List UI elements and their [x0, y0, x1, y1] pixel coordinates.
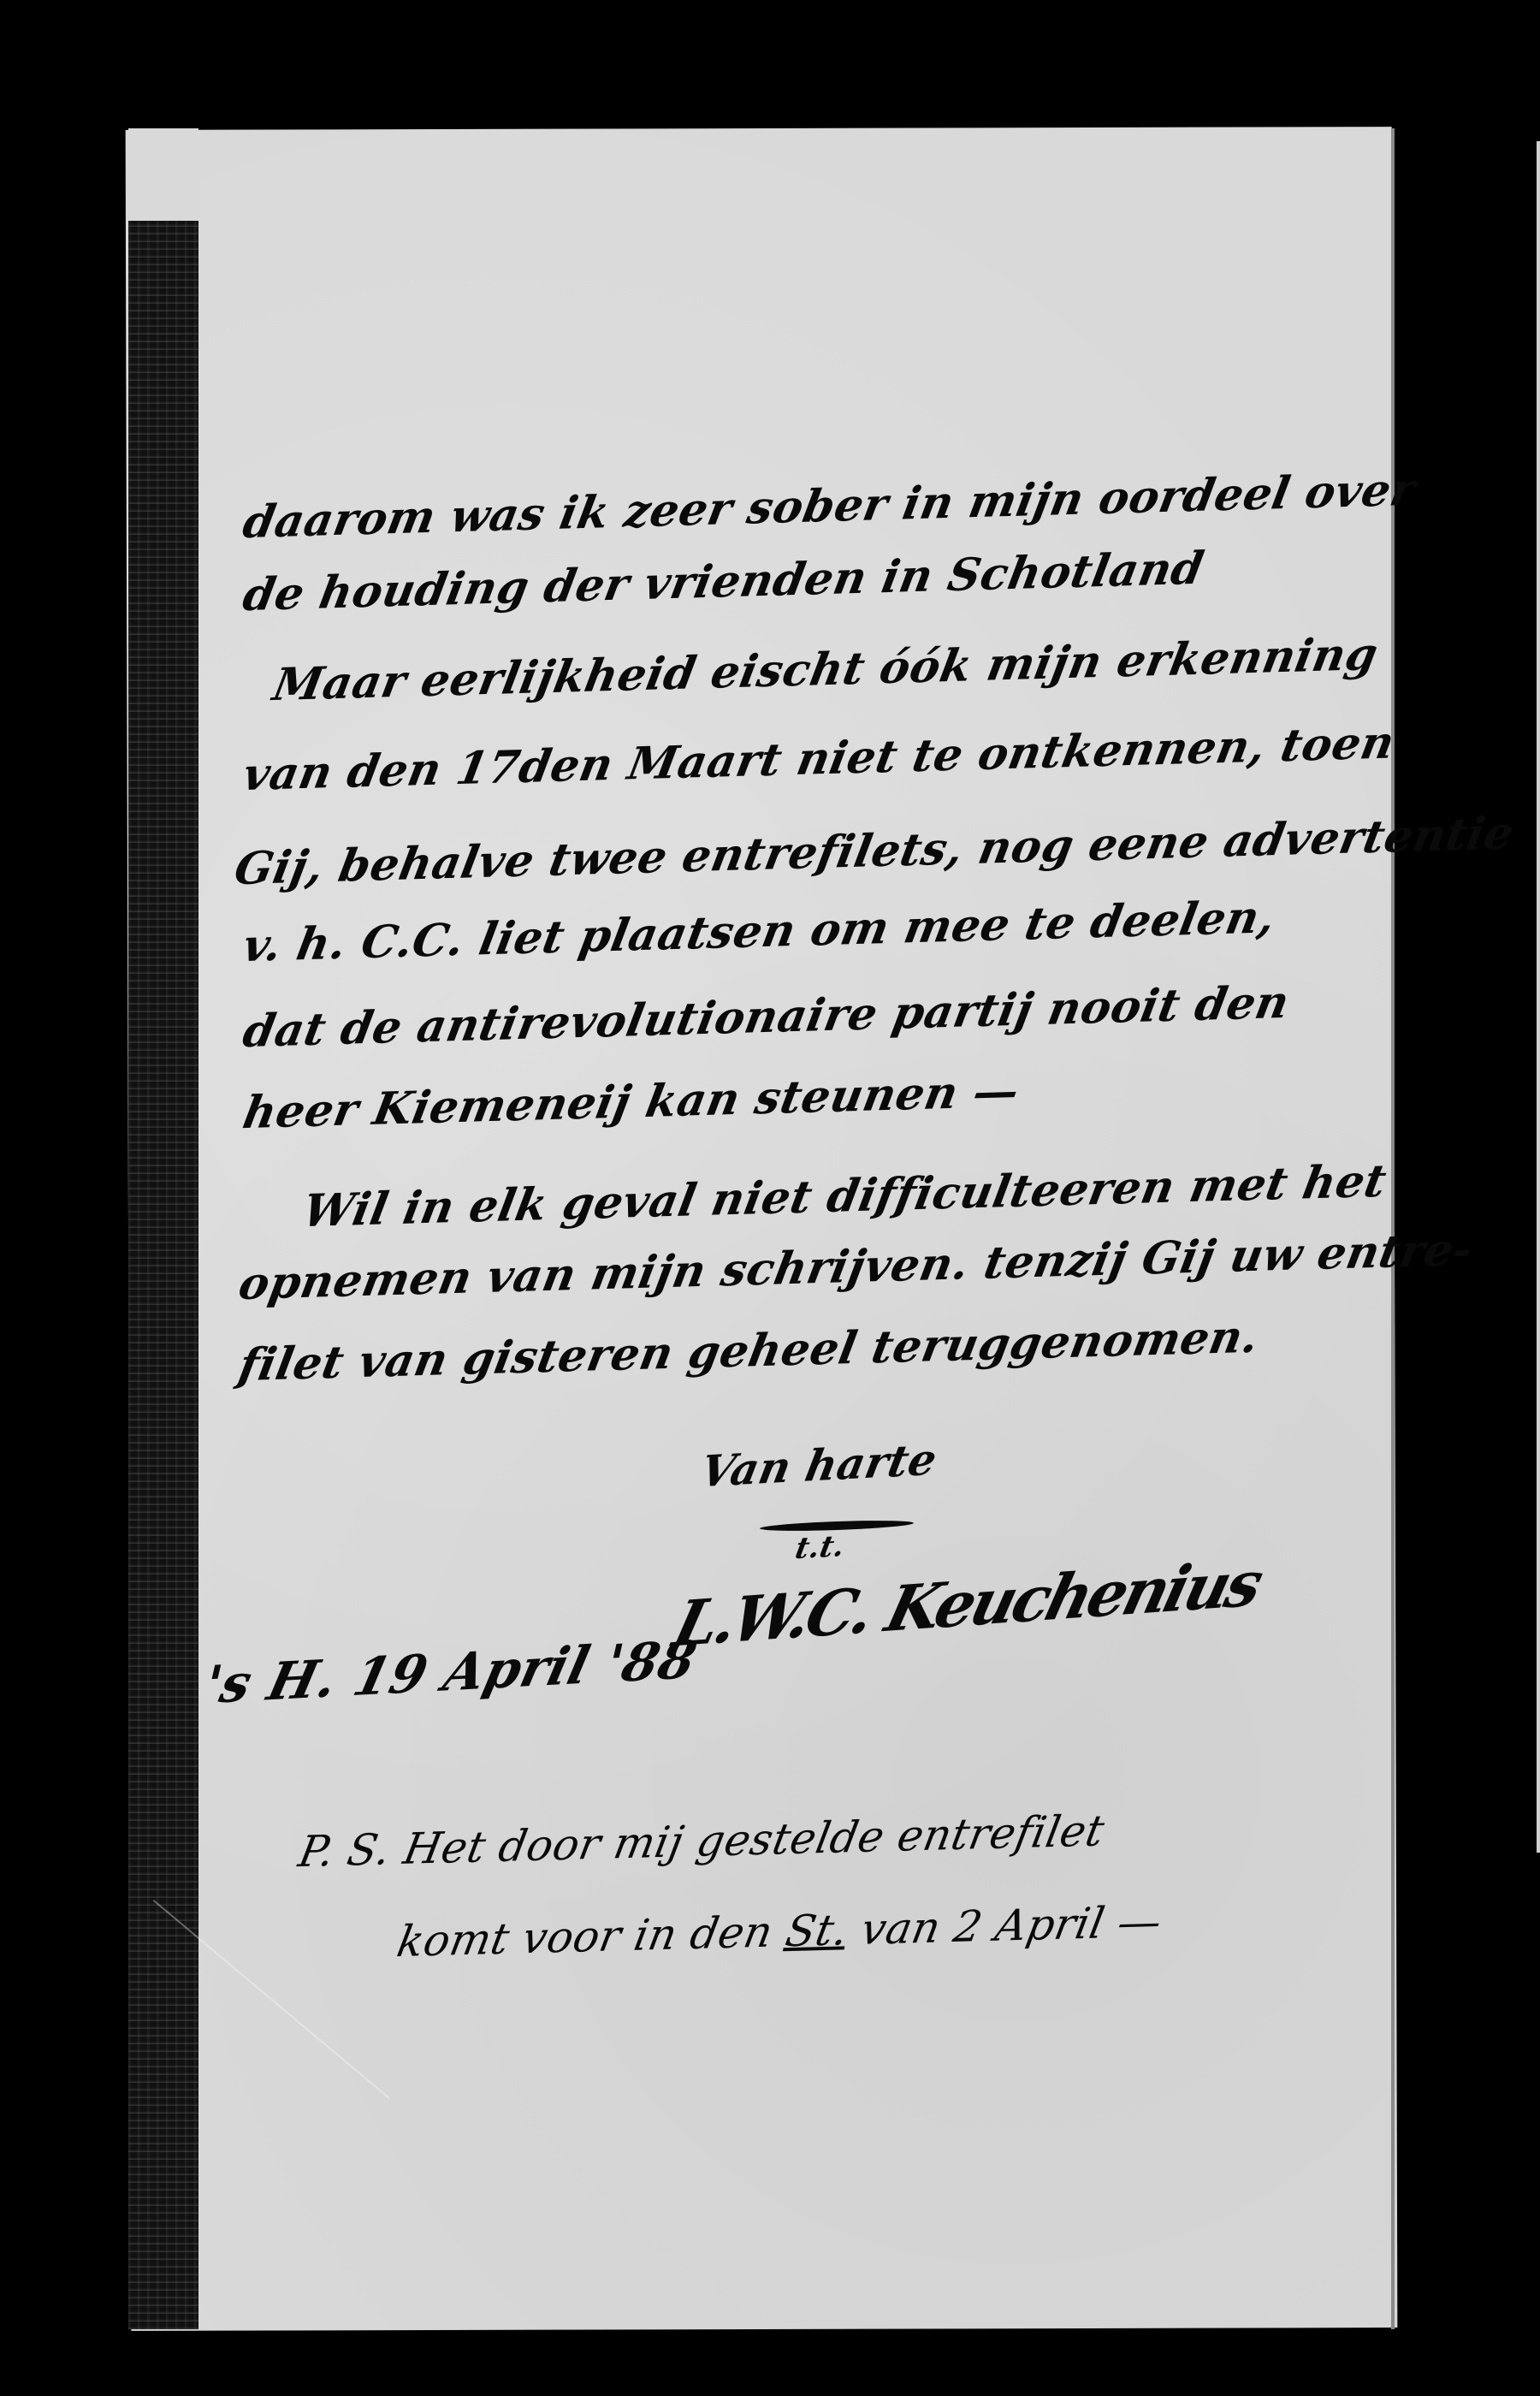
- postscript-underlined-ref: St.: [782, 1905, 853, 1956]
- postscript-line-2-start: komt voor in den: [394, 1907, 778, 1966]
- binding-strip: [128, 221, 198, 2329]
- paper-corner-tab: [128, 128, 198, 221]
- postscript-line-2-end: van 2 April —: [857, 1896, 1166, 1954]
- adjacent-page-edge: [1537, 141, 1540, 1853]
- signature-prefix: t.t.: [792, 1529, 848, 1566]
